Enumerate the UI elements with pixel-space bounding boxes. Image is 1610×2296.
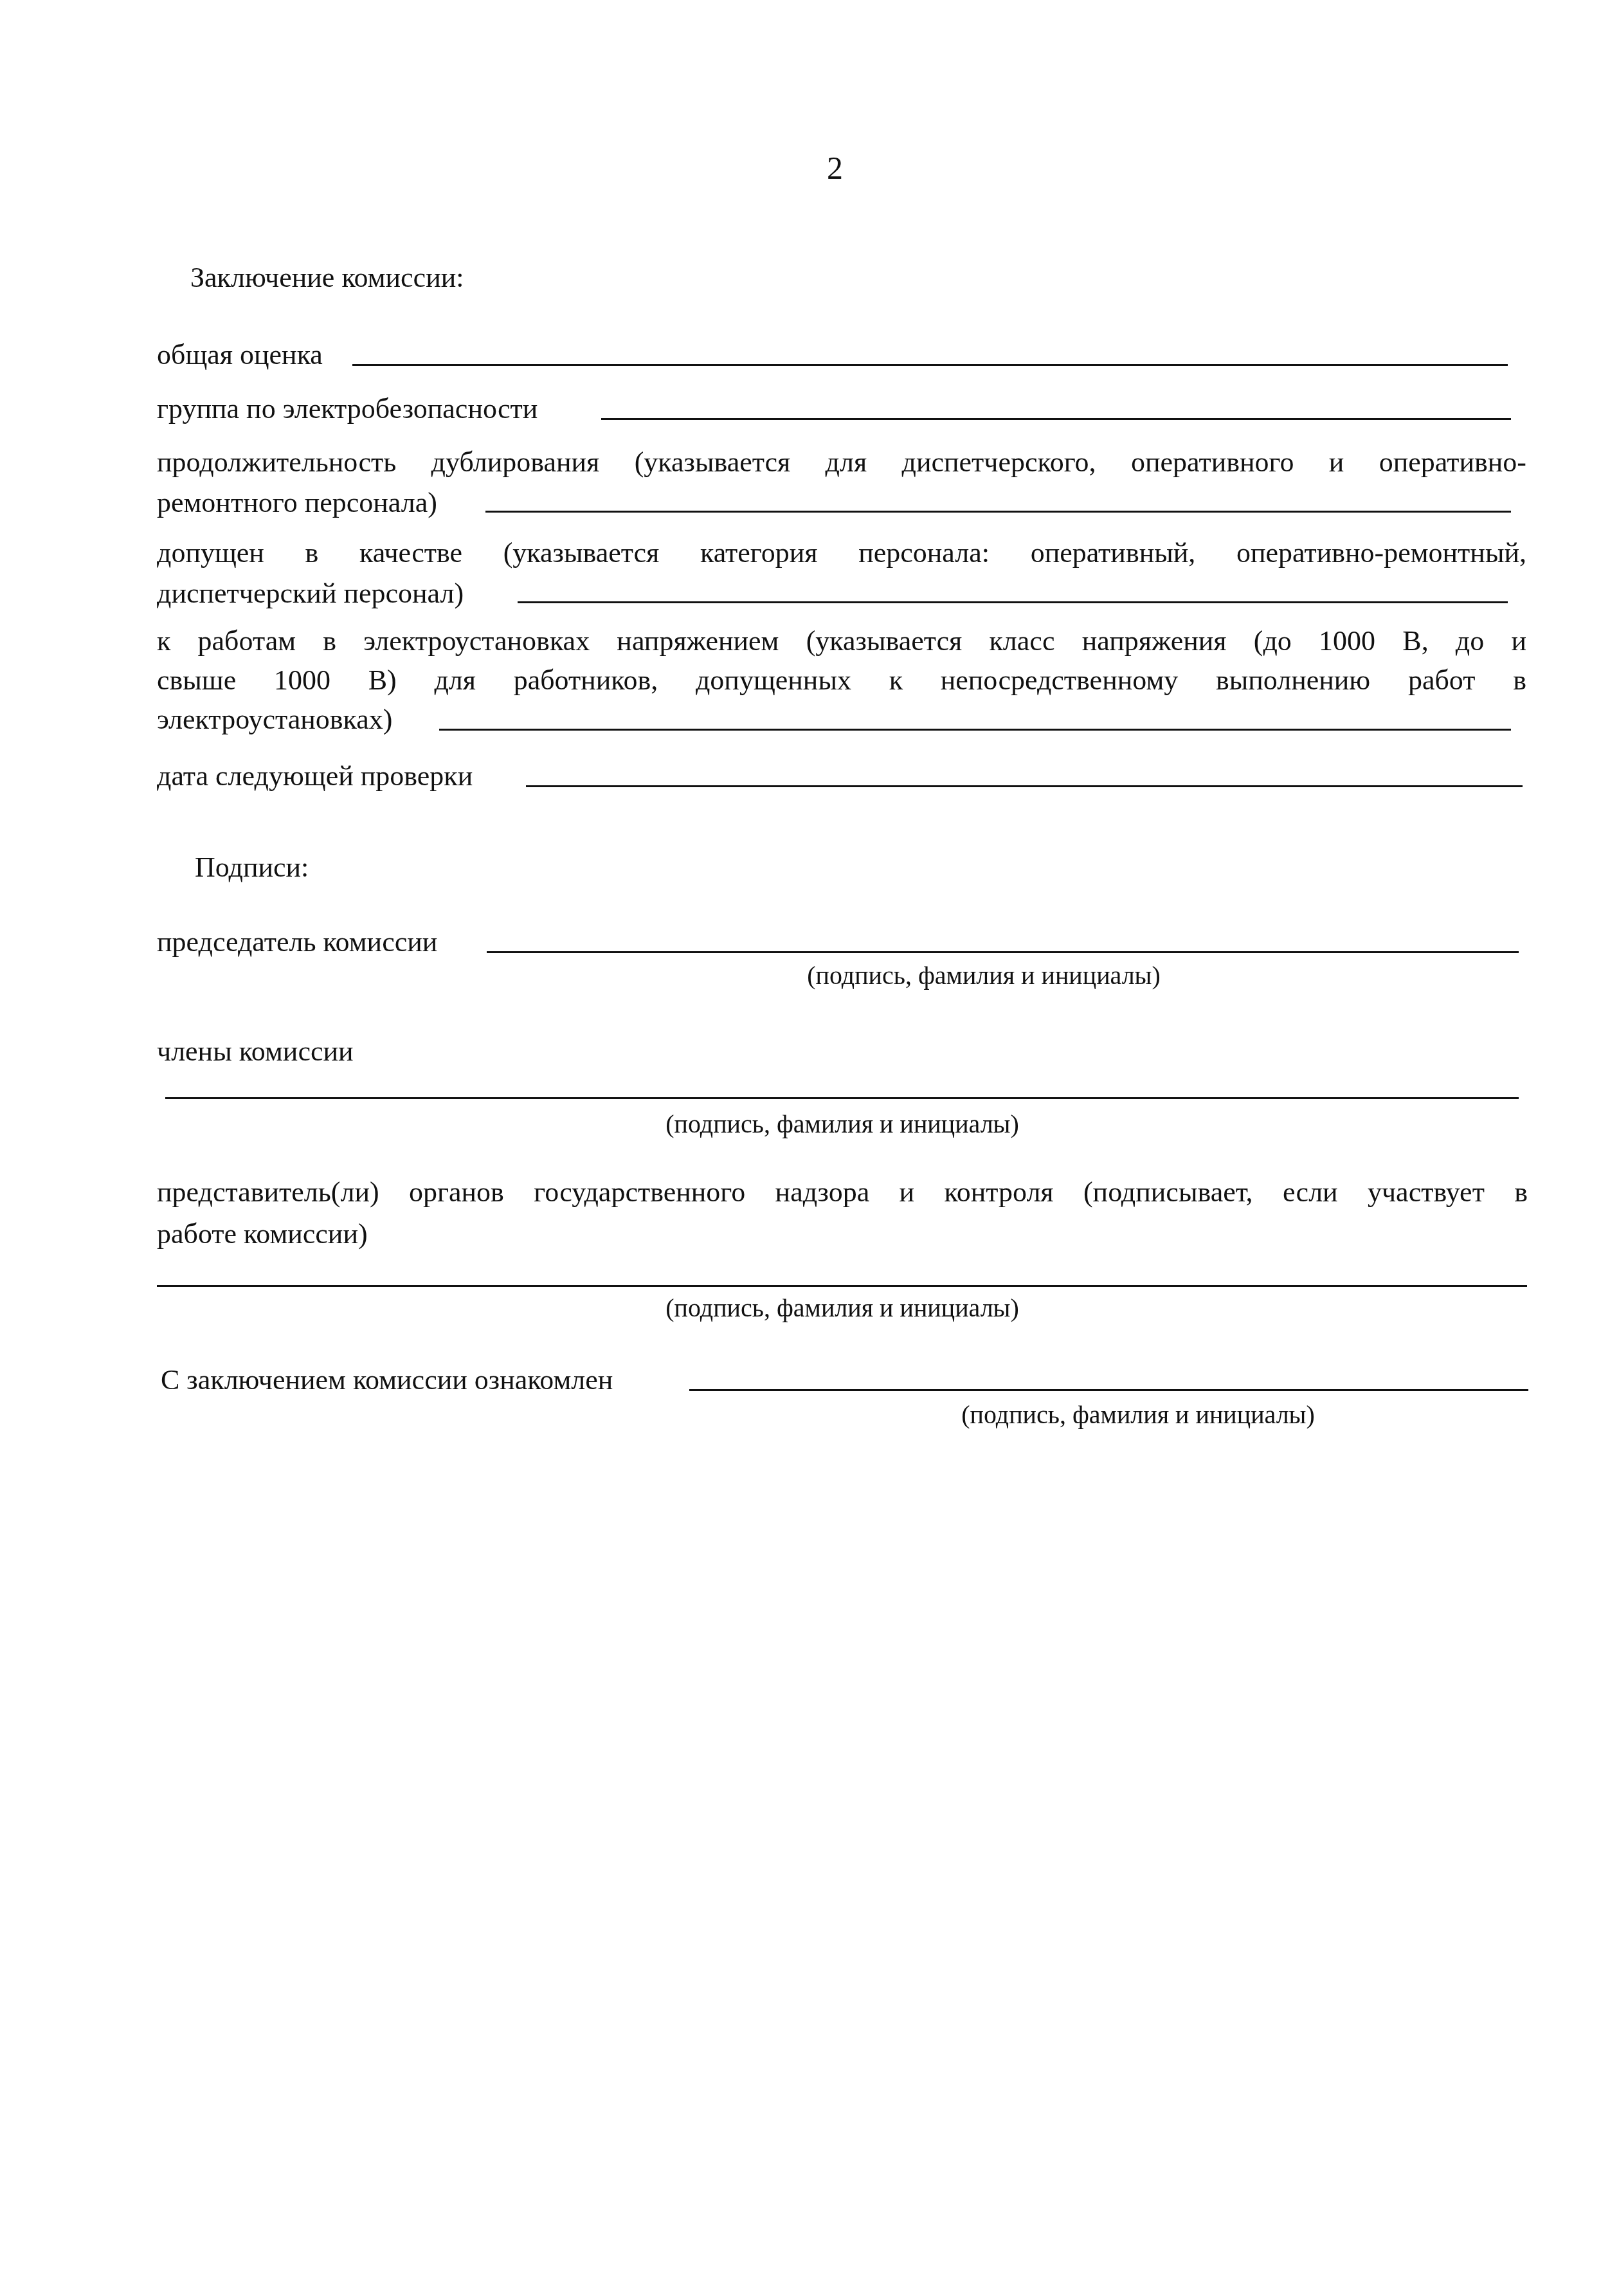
supervision-label-line2: работе комиссии): [157, 1220, 368, 1248]
overall-grade-label: общая оценка: [157, 341, 323, 369]
members-signature-field[interactable]: [165, 1097, 1519, 1099]
duplication-label-line1: продолжительность дублирования (указывае…: [157, 448, 1526, 479]
page-number: 2: [827, 149, 843, 187]
admitted-as-field[interactable]: [518, 601, 1508, 603]
voltage-works-label-line2: свыше 1000 В) для работников, допущенных…: [157, 666, 1526, 697]
safety-group-label: группа по электробезопасности: [157, 395, 538, 423]
voltage-works-label-line3: электроустановках): [157, 706, 393, 734]
safety-group-field[interactable]: [601, 418, 1511, 420]
members-signature-caption: (подпись, фамилия и инициалы): [665, 1111, 1019, 1137]
admitted-as-label-line2: диспетчерский персонал): [157, 579, 464, 608]
duplication-label-line2: ремонтного персонала): [157, 489, 437, 517]
voltage-works-label-line1: к работам в электроустановках напряжение…: [157, 627, 1526, 658]
supervision-signature-field[interactable]: [157, 1285, 1527, 1287]
overall-grade-field[interactable]: [352, 364, 1508, 366]
admitted-as-label-line1: допущен в качестве (указывается категори…: [157, 539, 1526, 570]
supervision-signature-caption: (подпись, фамилия и инициалы): [665, 1295, 1019, 1321]
supervision-label-line1: представитель(ли) органов государственно…: [157, 1178, 1528, 1209]
conclusion-heading: Заключение комиссии:: [190, 264, 464, 292]
next-check-date-label: дата следующей проверки: [157, 762, 473, 790]
duplication-field[interactable]: [485, 511, 1511, 513]
chairman-signature-caption: (подпись, фамилия и инициалы): [807, 963, 1161, 989]
acknowledged-label: С заключением комиссии ознакомлен: [161, 1366, 613, 1394]
members-label: члены комиссии: [157, 1037, 354, 1066]
signatures-heading: Подписи:: [195, 853, 309, 882]
acknowledged-signature-field[interactable]: [689, 1389, 1528, 1391]
next-check-date-field[interactable]: [526, 785, 1523, 787]
chairman-signature-field[interactable]: [487, 951, 1519, 953]
acknowledged-signature-caption: (подпись, фамилия и инициалы): [961, 1402, 1315, 1428]
chairman-label: председатель комиссии: [157, 928, 437, 956]
voltage-works-field[interactable]: [439, 729, 1511, 731]
